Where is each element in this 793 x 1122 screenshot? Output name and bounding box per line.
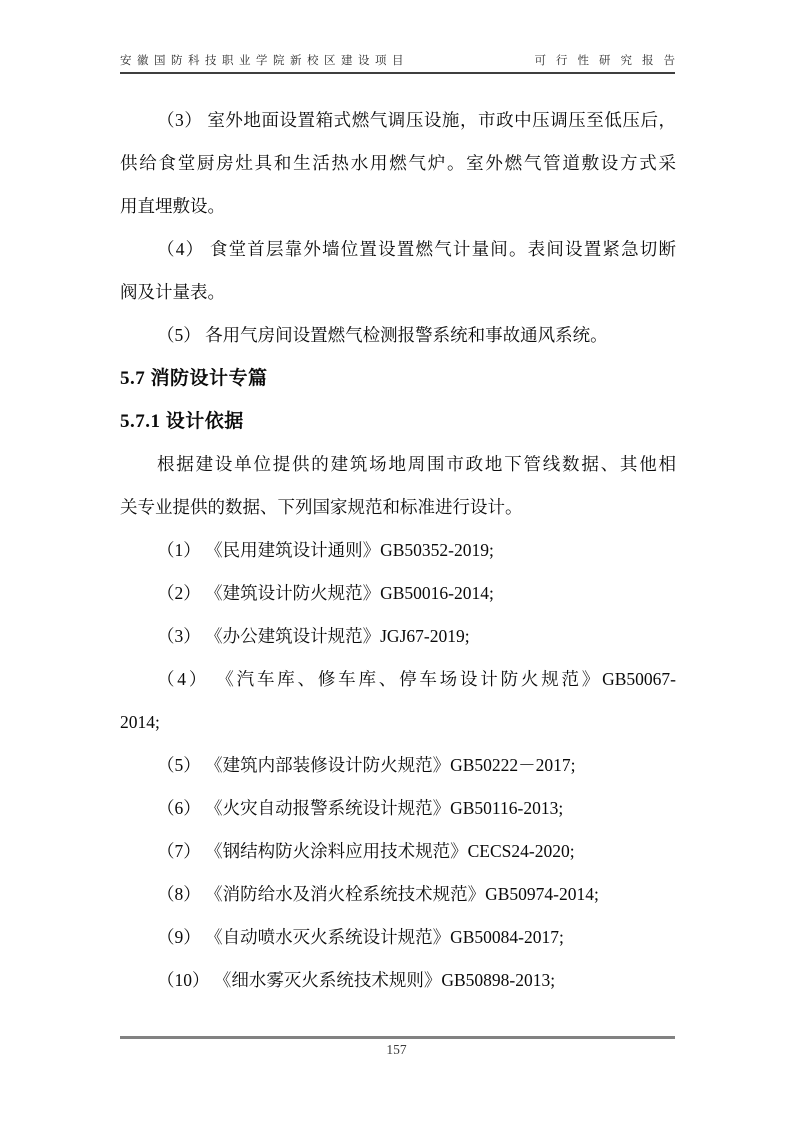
paragraph-gas-metering-line-2: 阀及计量表。 xyxy=(120,271,676,314)
standard-item-4-line-1: （4） 《汽车库、修车库、停车场设计防火规范》GB50067- xyxy=(120,658,676,701)
footer-divider xyxy=(120,1036,675,1039)
heading-section-5-7-1: 5.7.1 设计依据 xyxy=(120,400,676,443)
paragraph-gas-regulator-line-1: （3） 室外地面设置箱式燃气调压设施，市政中压调压至低压后， xyxy=(120,99,676,142)
paragraph-design-basis-line-2: 关专业提供的数据、下列国家规范和标准进行设计。 xyxy=(120,486,676,529)
standard-item-5: （5） 《建筑内部装修设计防火规范》GB50222－2017; xyxy=(120,744,676,787)
standard-item-3: （3） 《办公建筑设计规范》JGJ67-2019; xyxy=(120,615,676,658)
document-page: 安徽国防科技职业学院新校区建设项目 可行性研究报告 （3） 室外地面设置箱式燃气… xyxy=(0,0,793,1122)
standard-item-7: （7） 《钢结构防火涂料应用技术规范》CECS24-2020; xyxy=(120,830,676,873)
header-report-type: 可行性研究报告 xyxy=(535,52,686,68)
standard-item-10: （10） 《细水雾灭火系统技术规则》GB50898-2013; xyxy=(120,959,676,1002)
page-header: 安徽国防科技职业学院新校区建设项目 可行性研究报告 xyxy=(120,52,675,74)
standard-item-4-line-2: 2014; xyxy=(120,701,676,744)
page-number: 157 xyxy=(0,1042,793,1058)
heading-section-5-7: 5.7 消防设计专篇 xyxy=(120,357,676,400)
standard-item-9: （9） 《自动喷水灭火系统设计规范》GB50084-2017; xyxy=(120,916,676,959)
standard-item-8: （8） 《消防给水及消火栓系统技术规范》GB50974-2014; xyxy=(120,873,676,916)
paragraph-gas-alarm: （5） 各用气房间设置燃气检测报警系统和事故通风系统。 xyxy=(120,314,676,357)
paragraph-design-basis-line-1: 根据建设单位提供的建筑场地周围市政地下管线数据、其他相 xyxy=(120,443,676,486)
paragraph-gas-metering-line-1: （4） 食堂首层靠外墙位置设置燃气计量间。表间设置紧急切断 xyxy=(120,228,676,271)
document-body: （3） 室外地面设置箱式燃气调压设施，市政中压调压至低压后， 供给食堂厨房灶具和… xyxy=(120,99,676,1002)
standard-item-6: （6） 《火灾自动报警系统设计规范》GB50116-2013; xyxy=(120,787,676,830)
standard-item-2: （2） 《建筑设计防火规范》GB50016-2014; xyxy=(120,572,676,615)
paragraph-gas-regulator-line-3: 用直埋敷设。 xyxy=(120,185,676,228)
paragraph-gas-regulator-line-2: 供给食堂厨房灶具和生活热水用燃气炉。室外燃气管道敷设方式采 xyxy=(120,142,676,185)
standard-item-1: （1） 《民用建筑设计通则》GB50352-2019; xyxy=(120,529,676,572)
header-project-title: 安徽国防科技职业学院新校区建设项目 xyxy=(120,52,409,68)
